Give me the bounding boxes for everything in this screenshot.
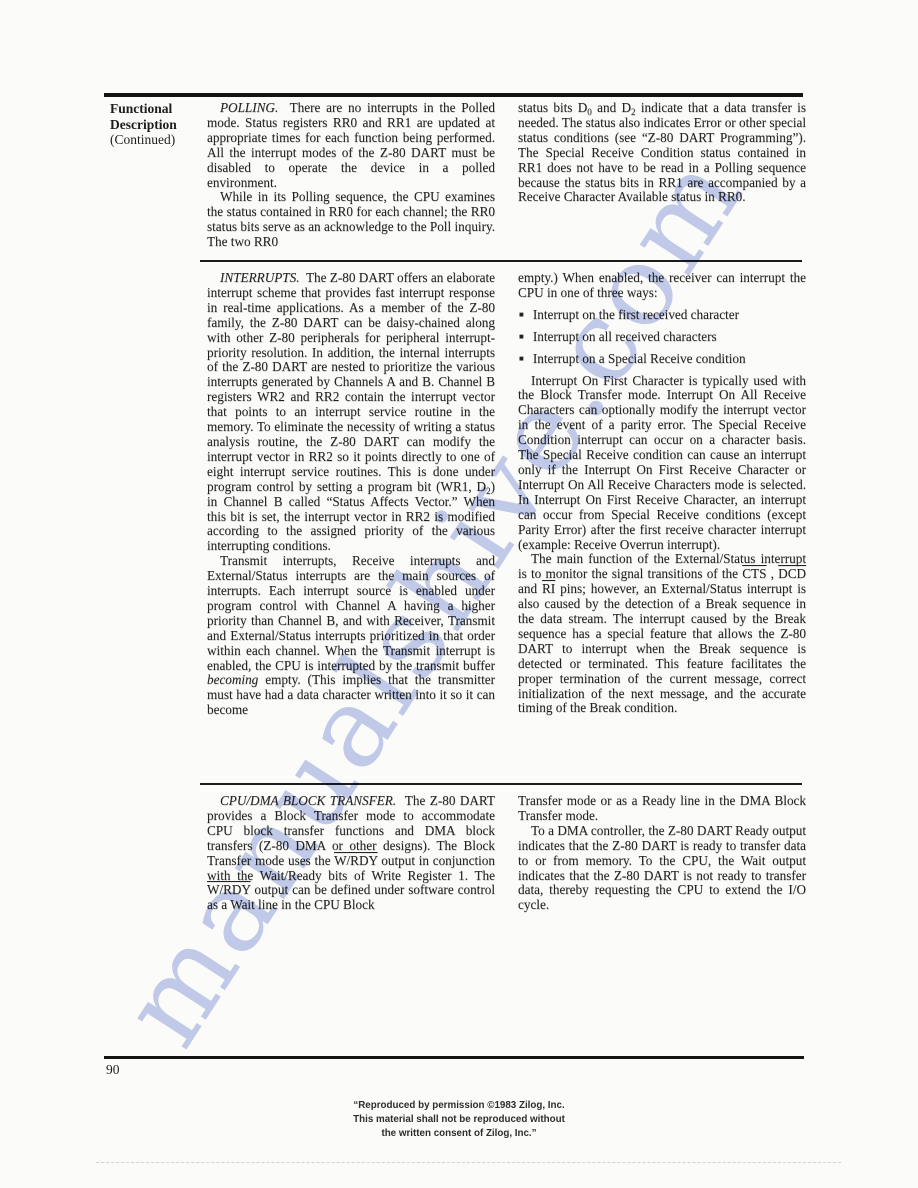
page-number: 90 — [106, 1062, 120, 1078]
interrupts-right-column: empty.) When enabled, the receiver can i… — [518, 271, 806, 718]
margin-section-label: Functional Description (Continued) — [110, 101, 205, 148]
footer-line: “Reproduced by permission ©1983 Zilog, I… — [0, 1099, 918, 1113]
margin-label-line: Description — [110, 117, 205, 133]
interrupts-paragraph: Interrupt On First Character is typicall… — [518, 374, 806, 553]
scan-artifact-line — [96, 1162, 841, 1163]
interrupt-bullet-item: ■Interrupt on a Special Receive conditio… — [519, 352, 806, 367]
copyright-footer: “Reproduced by permission ©1983 Zilog, I… — [0, 1099, 918, 1140]
polling-right-column: status bits D0 and D2 indicate that a da… — [518, 101, 806, 250]
document-page: Functional Description (Continued) POLLI… — [0, 0, 918, 1188]
interrupt-bullet-item: ■Interrupt on the first received charact… — [519, 308, 806, 323]
section-interrupts: INTERRUPTS. The Z-80 DART offers an elab… — [207, 271, 807, 718]
section-polling: POLLING. There are no interrupts in the … — [207, 101, 807, 250]
margin-label-line: Functional — [110, 101, 205, 117]
section-divider-rule — [200, 260, 802, 262]
block-transfer-continuation-paragraph: Transfer mode or as a Ready line in the … — [518, 794, 806, 824]
interrupts-continuation-paragraph: empty.) When enabled, the receiver can i… — [518, 271, 806, 301]
polling-continuation-paragraph: status bits D0 and D2 indicate that a da… — [518, 101, 806, 205]
polling-heading-paragraph: POLLING. There are no interrupts in the … — [207, 101, 495, 190]
margin-label-continued: (Continued) — [110, 132, 205, 148]
block-transfer-left-column: CPU/DMA BLOCK TRANSFER. The Z-80 DART pr… — [207, 794, 495, 913]
polling-paragraph: While in its Polling sequence, the CPU e… — [207, 190, 495, 250]
block-transfer-heading-paragraph: CPU/DMA BLOCK TRANSFER. The Z-80 DART pr… — [207, 794, 495, 913]
section-block-transfer: CPU/DMA BLOCK TRANSFER. The Z-80 DART pr… — [207, 794, 807, 913]
top-rule — [104, 93, 803, 97]
footer-line: This material shall not be reproduced wi… — [0, 1113, 918, 1127]
block-transfer-right-column: Transfer mode or as a Ready line in the … — [518, 794, 806, 913]
interrupt-bullet-item: ■Interrupt on all received characters — [519, 330, 806, 345]
section-divider-rule — [200, 783, 802, 785]
bullet-square-icon: ■ — [519, 308, 524, 323]
bullet-square-icon: ■ — [519, 330, 524, 345]
polling-left-column: POLLING. There are no interrupts in the … — [207, 101, 495, 250]
block-transfer-paragraph: To a DMA controller, the Z-80 DART Ready… — [518, 824, 806, 913]
bullet-square-icon: ■ — [519, 352, 524, 367]
interrupts-paragraph: The main function of the External/Status… — [518, 552, 806, 716]
interrupts-paragraph: Transmit interrupts, Receive interrupts … — [207, 554, 495, 718]
footer-line: the written consent of Zilog, Inc.” — [0, 1127, 918, 1141]
interrupts-left-column: INTERRUPTS. The Z-80 DART offers an elab… — [207, 271, 495, 718]
interrupts-heading-paragraph: INTERRUPTS. The Z-80 DART offers an elab… — [207, 271, 495, 554]
bottom-rule — [104, 1056, 804, 1059]
